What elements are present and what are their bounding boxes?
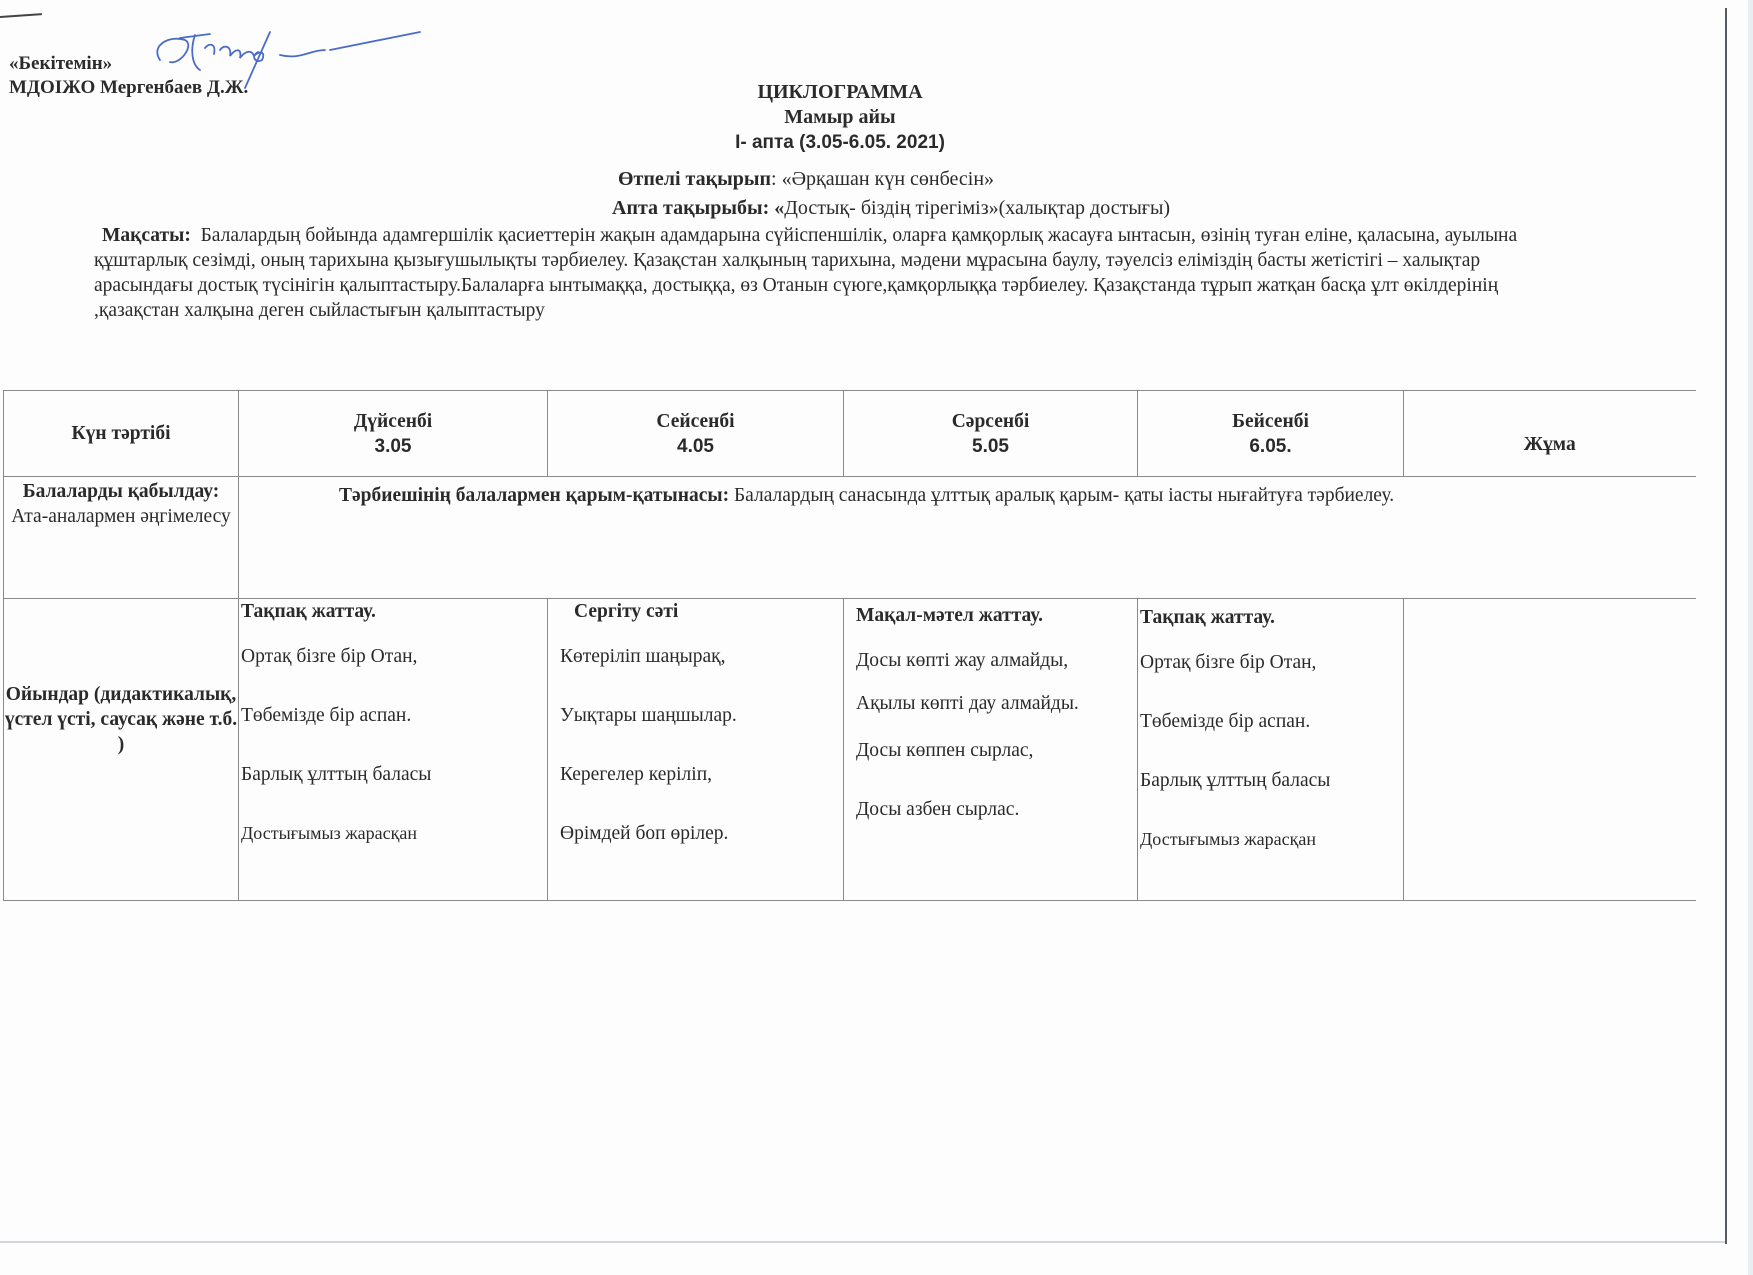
- activity-line: Ортақ бізге бір Отан,: [241, 644, 545, 669]
- activity-line: Керегелер керіліп,: [560, 762, 841, 787]
- day-date: 5.05: [844, 434, 1137, 459]
- transition-theme: Өтпелі тақырып: «Әрқашан күн сөнбесін»: [618, 167, 994, 192]
- page-edge-bottom: [0, 1241, 1725, 1243]
- goal-paragraph: Мақсаты: Балалардың бойында адамгершілік…: [94, 223, 1564, 323]
- reception-label: Тәрбиешінің балалармен қарым-қатынасы:: [339, 485, 729, 506]
- activity-line: Көтеріліп шаңырақ,: [560, 644, 841, 669]
- scan-mark: [0, 13, 42, 18]
- table-row: Балаларды қабылдау: Ата-аналармен әңгіме…: [4, 477, 1696, 599]
- day-header: Сейсенбі4.05: [548, 391, 844, 477]
- day-name: Сейсенбі: [548, 409, 843, 434]
- document-header: ЦИКЛОГРАММА Мамыр айы І- апта (3.05-6.05…: [560, 80, 1120, 155]
- activity-title: Тақпақ жаттау.: [1140, 605, 1401, 630]
- day-cell: Мақал-мәтел жаттау. Досы көпті жау алмай…: [844, 599, 1138, 901]
- scan-background-strip: [1748, 0, 1753, 1275]
- day-name: Дүйсенбі: [239, 409, 547, 434]
- day-cell: Тақпақ жаттау. Ортақ бізге бір Отан, Төб…: [1138, 599, 1404, 901]
- activity-line: Досы көппен сырлас,: [856, 738, 1135, 763]
- activity-title: Сергіту сәті: [560, 599, 841, 624]
- activity-line: Өрімдей боп өрілер.: [560, 821, 841, 846]
- activity-line: Ортақ бізге бір Отан,: [1140, 650, 1401, 675]
- activity-title: Тақпақ жаттау.: [241, 599, 545, 624]
- activity-line: Достығымыз жарасқан: [241, 821, 545, 846]
- day-date: 6.05.: [1138, 434, 1403, 459]
- goal-text: Балалардың бойында адамгершілік қасиетте…: [94, 225, 1517, 321]
- cyclogram-table: Күн тәртібі Дүйсенбі3.05 Сейсенбі4.05 Сә…: [3, 390, 1696, 901]
- activity-line: Досы көпті жау алмайды,: [856, 648, 1135, 673]
- reception-cell: Тәрбиешінің балалармен қарым-қатынасы: Б…: [239, 477, 1696, 599]
- day-header: Жұма: [1404, 391, 1696, 477]
- transition-theme-label: Өтпелі тақырып: [618, 168, 771, 190]
- row-header-bold: Балаларды қабылдау:: [4, 479, 238, 504]
- day-cell-empty: [1404, 599, 1696, 901]
- day-header: Сәрсенбі5.05: [844, 391, 1138, 477]
- activity-line: Достығымыз жарасқан: [1140, 827, 1401, 852]
- activity-line: Досы азбен сырлас.: [856, 797, 1135, 822]
- activity-title: Мақал-мәтел жаттау.: [856, 603, 1135, 628]
- day-name: Сәрсенбі: [844, 409, 1137, 434]
- day-header: Дүйсенбі3.05: [239, 391, 548, 477]
- activity-line: Ақылы көпті дау алмайды.: [856, 691, 1135, 716]
- day-date: 4.05: [548, 434, 843, 459]
- row-header: Балаларды қабылдау: Ата-аналармен әңгіме…: [4, 477, 239, 599]
- corner-header: Күн тәртібі: [4, 391, 239, 477]
- week-label: І- апта (3.05-6.05. 2021): [560, 130, 1120, 155]
- day-header: Бейсенбі6.05.: [1138, 391, 1404, 477]
- day-name: Бейсенбі: [1138, 409, 1403, 434]
- activity-line: Төбемізде бір аспан.: [241, 703, 545, 728]
- activity-line: Уықтары шаңшылар.: [560, 703, 841, 728]
- day-date: 3.05: [239, 434, 547, 459]
- day-name: Жұма: [1404, 432, 1696, 457]
- day-cell: Сергіту сәті Көтеріліп шаңырақ, Уықтары …: [548, 599, 844, 901]
- week-theme-label: Апта тақырыбы: «: [612, 197, 784, 219]
- table-row: Ойындар (дидактикалық, үстел үсті, сауса…: [4, 599, 1696, 901]
- goal-label: Мақсаты:: [102, 225, 191, 246]
- document-title: ЦИКЛОГРАММА: [560, 80, 1120, 105]
- row-header-subtitle: Ата-аналармен әңгімелесу: [4, 504, 238, 529]
- week-theme: Апта тақырыбы: «Достық- біздің тірегіміз…: [612, 196, 1170, 221]
- page-edge-right: [1725, 8, 1727, 1244]
- week-theme-value: Достық- біздің тірегіміз»(халықтар досты…: [784, 197, 1170, 219]
- day-cell: Тақпақ жаттау. Ортақ бізге бір Отан, Төб…: [239, 599, 548, 901]
- reception-text: Балалардың санасында ұлттық аралық қарым…: [729, 485, 1394, 506]
- month-label: Мамыр айы: [560, 105, 1120, 130]
- transition-theme-value: : «Әрқашан күн сөнбесін»: [771, 168, 994, 190]
- activity-line: Төбемізде бір аспан.: [1140, 709, 1401, 734]
- games-header: Ойындар (дидактикалық, үстел үсті, сауса…: [4, 682, 238, 817]
- approval-label: «Бекітемін»: [9, 52, 248, 76]
- approver-name: МДОІЖО Мергенбаев Д.Ж.: [9, 76, 248, 100]
- activity-line: Барлық ұлттың баласы: [1140, 768, 1401, 793]
- table-header-row: Күн тәртібі Дүйсенбі3.05 Сейсенбі4.05 Сә…: [4, 391, 1696, 477]
- row-header: Ойындар (дидактикалық, үстел үсті, сауса…: [4, 599, 239, 901]
- approval-block: «Бекітемін» МДОІЖО Мергенбаев Д.Ж.: [9, 52, 248, 100]
- activity-line: Барлық ұлттың баласы: [241, 762, 545, 787]
